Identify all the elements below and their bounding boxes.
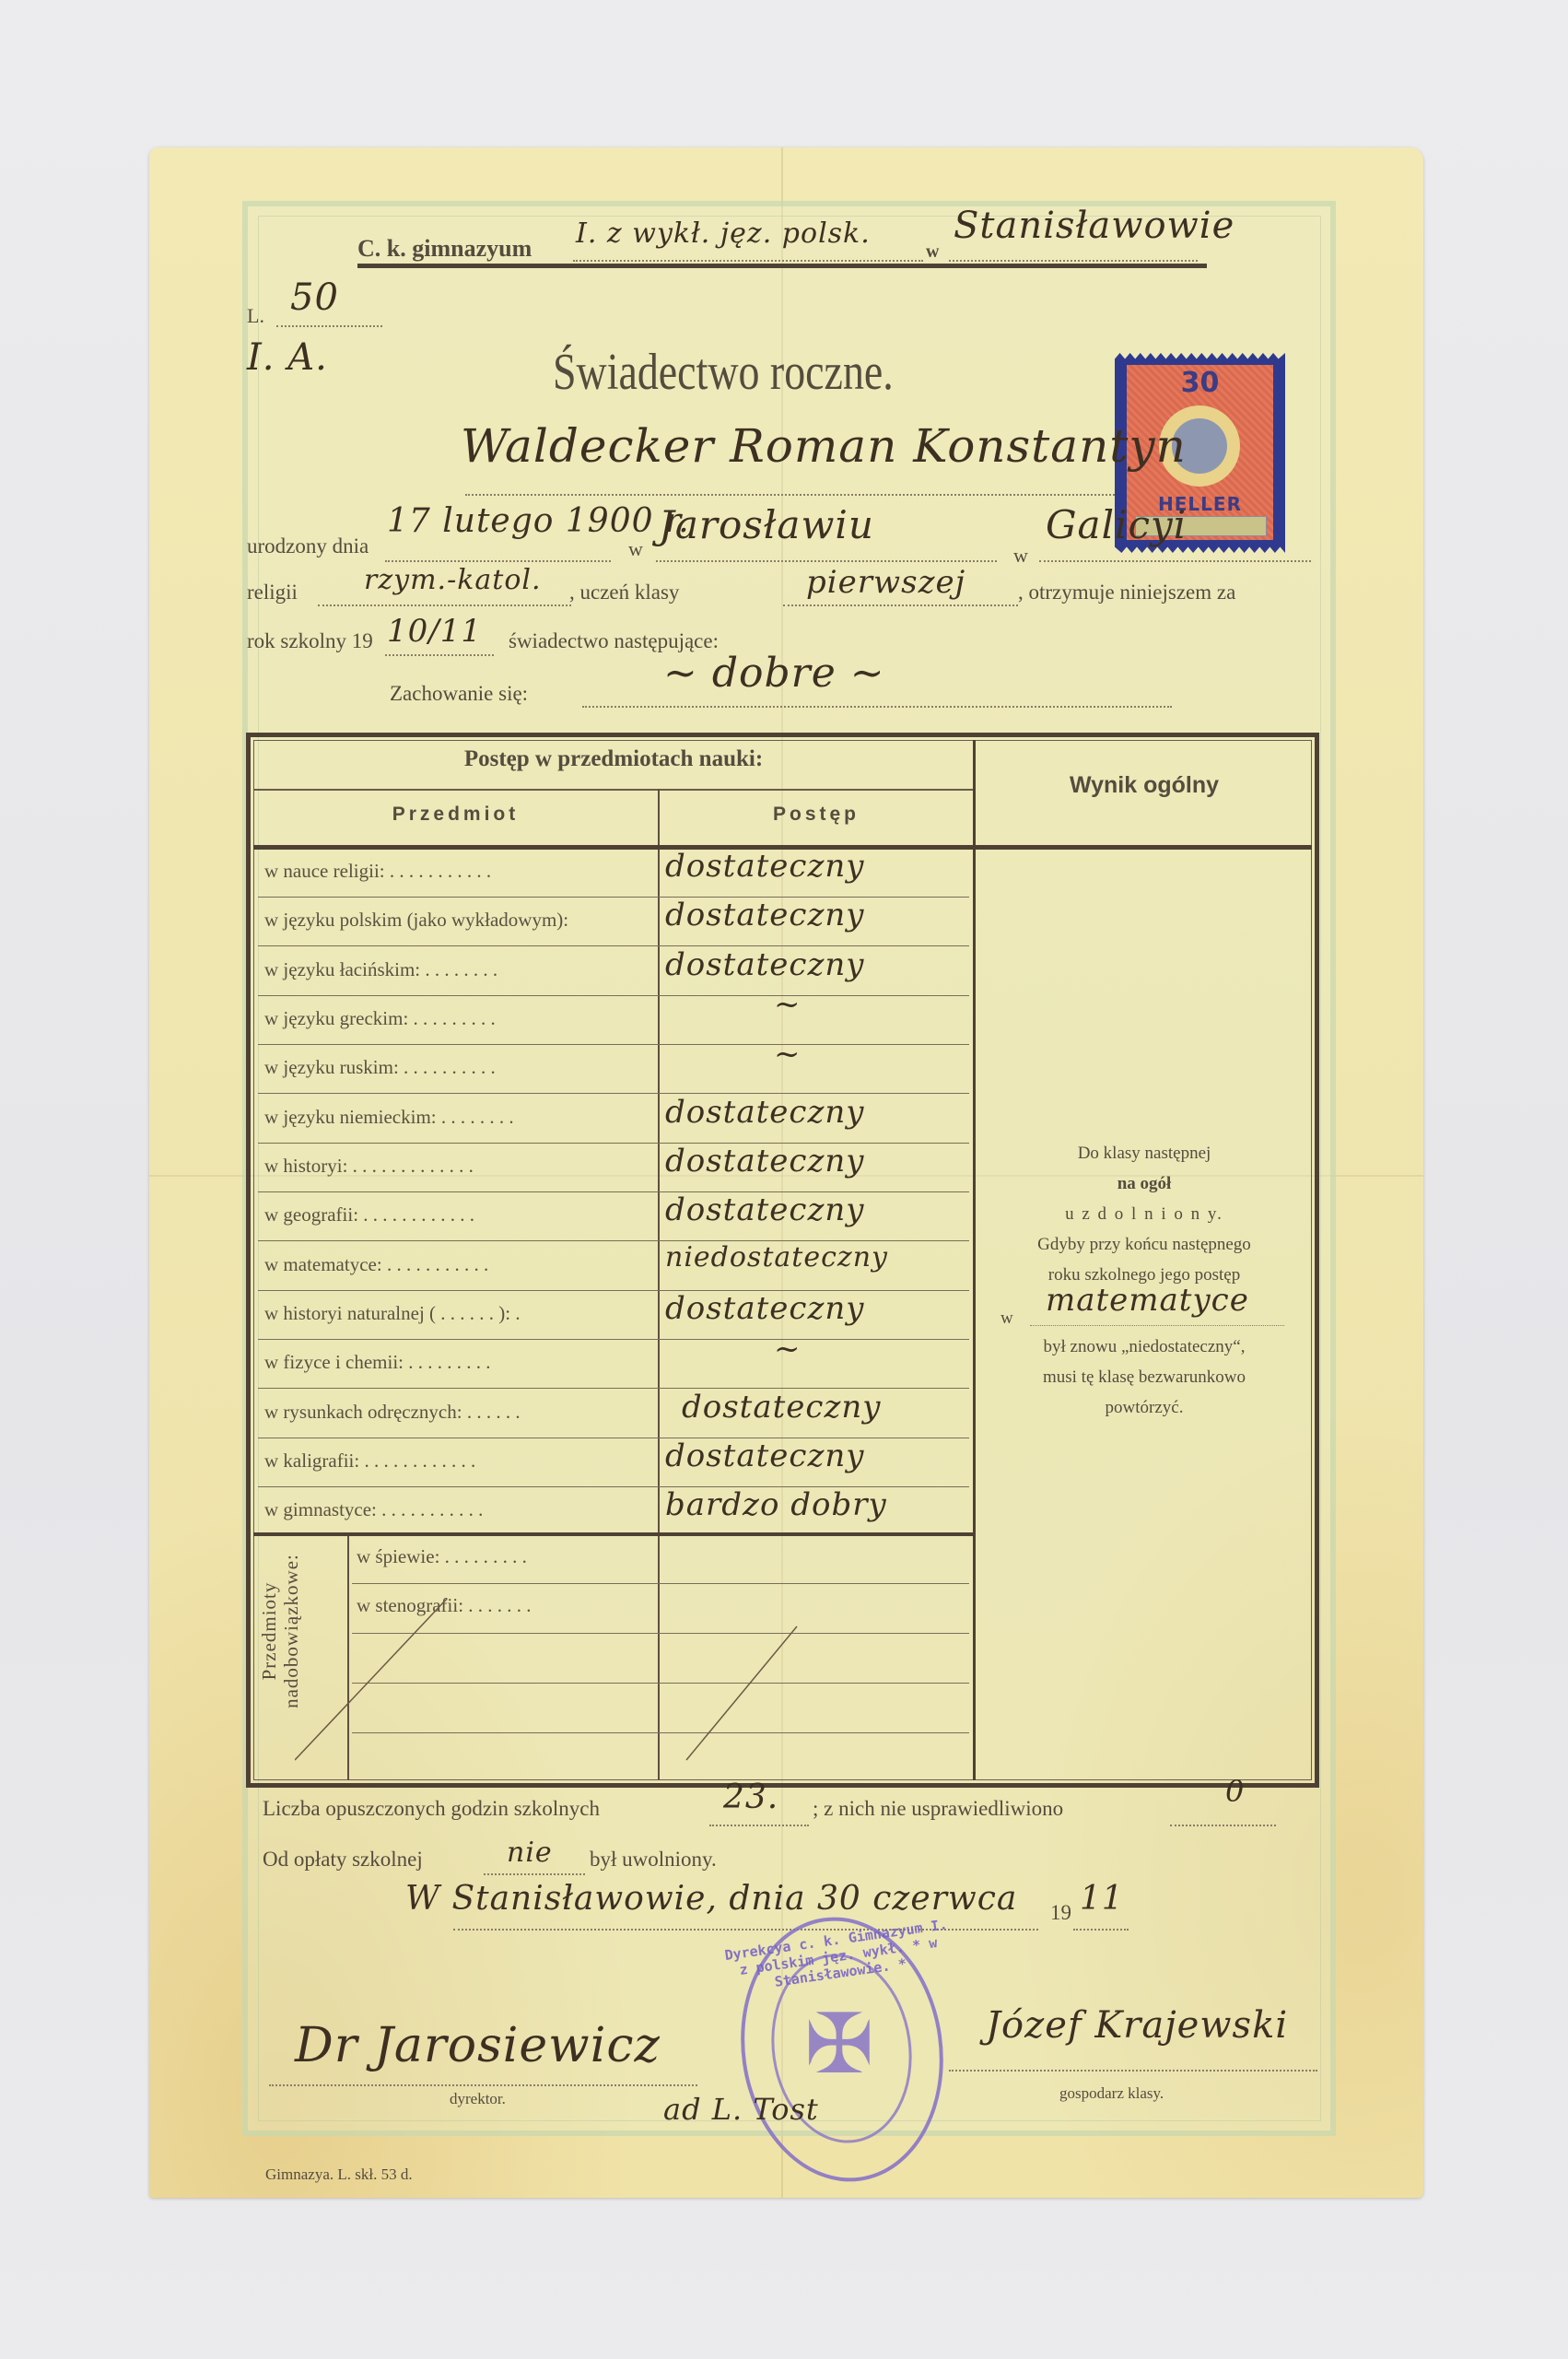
cancel-strike-lines <box>295 1585 977 1769</box>
director-signature: Dr Jarosiewicz <box>295 2018 661 2073</box>
header-underline <box>357 264 1207 268</box>
result-line7: był znowu „niedostateczny“, <box>977 1332 1312 1362</box>
unexcused-line <box>1170 1817 1276 1826</box>
optional-subject-label: w śpiewie: . . . . . . . . . <box>357 1545 527 1568</box>
grade-value: dostateczny <box>682 1389 881 1426</box>
director-signature-line <box>269 2079 697 2086</box>
class-mark: I. A. <box>247 336 328 379</box>
footer-year-line <box>1073 1921 1129 1931</box>
grade-value: dostateczny <box>665 1290 864 1327</box>
grade-value: dostateczny <box>665 946 864 983</box>
subject-label: w rysunkach odręcznych: . . . . . . <box>264 1401 521 1424</box>
class-label: , uczeń klasy <box>569 581 679 604</box>
subject-label: w historyi: . . . . . . . . . . . . . <box>264 1155 474 1178</box>
grade-value: ~ <box>774 1036 802 1073</box>
city-handwritten: Stanisławowie <box>954 205 1235 247</box>
religion-label: religii <box>247 581 298 604</box>
result-line2: na ogół <box>977 1168 1312 1199</box>
city-line <box>949 249 1198 262</box>
subjects-bottom-border <box>253 1532 974 1536</box>
class-value: pierwszej <box>806 564 965 601</box>
absence-line <box>709 1817 809 1826</box>
subject-label: w języku greckim: . . . . . . . . . <box>264 1007 496 1030</box>
l-label: L. <box>247 304 264 328</box>
header-divider <box>253 789 974 791</box>
result-subject-handwritten: matematyce <box>1046 1285 1249 1316</box>
subject-label: w geografii: . . . . . . . . . . . . <box>264 1203 474 1226</box>
born-label: urodzony dnia <box>247 534 369 558</box>
revenue-stamp-value: 30 <box>1127 367 1273 399</box>
absence-label: Liczba opuszczonych godzin szkolnych <box>263 1797 600 1821</box>
unexcused-label: ; z nich nie usprawiedliwiono <box>813 1797 1063 1821</box>
year-value: 10/11 <box>387 613 482 650</box>
student-name: Waldecker Roman Konstantyn <box>461 419 1187 473</box>
l-value: 50 <box>290 276 339 319</box>
subject-label: w języku polskim (jako wykładowym): <box>264 909 568 932</box>
school-name-line <box>573 249 923 262</box>
religion-value: rzym.-katol. <box>364 564 542 596</box>
subject-label: w kaligrafii: . . . . . . . . . . . . <box>264 1449 475 1473</box>
grade-value: dostateczny <box>665 1191 864 1228</box>
born-region-line <box>1039 553 1311 562</box>
result-subject-line <box>1030 1325 1284 1326</box>
result-line3: u z d o l n i o n y. <box>977 1199 1312 1229</box>
double-headed-eagle-icon: ✠ <box>798 1990 881 2101</box>
fee-suffix: był uwolniony. <box>590 1848 717 1872</box>
result-w-label: w <box>1000 1303 1013 1333</box>
col-subject-header: Przedmiot <box>253 804 658 826</box>
result-line1: Do klasy następnej <box>977 1138 1312 1168</box>
conduct-value: ~ dobre ~ <box>663 650 885 697</box>
receives-label: , otrzymuje niniejszem za <box>1018 581 1235 604</box>
absence-value: 23. <box>723 1778 778 1816</box>
conduct-line <box>582 698 1172 708</box>
born-region: Galicyi <box>1046 502 1187 547</box>
grade-value: niedostateczny <box>665 1241 888 1273</box>
school-name-handwritten: I. z wykł. jęz. polsk. <box>576 217 871 250</box>
grade-value: dostateczny <box>665 1143 864 1179</box>
born-date: 17 lutego 1900 r. <box>387 502 690 540</box>
form-number: Gimnazya. L. skł. 53 d. <box>265 2165 413 2184</box>
subject-label: w fizyce i chemii: . . . . . . . . . <box>264 1351 491 1374</box>
col-result-header: Wynik ogólny <box>977 772 1312 799</box>
document-title: Świadectwo roczne. <box>553 343 894 402</box>
director-label: dyrektor. <box>450 2090 506 2108</box>
grade-value: dostateczny <box>665 1438 864 1474</box>
subject-label: w języku ruskim: . . . . . . . . . . <box>264 1056 496 1079</box>
row-divider <box>258 995 969 996</box>
class-teacher-signature-line <box>949 2064 1317 2071</box>
conduct-label: Zachowanie się: <box>390 682 528 706</box>
religion-line <box>318 597 571 606</box>
optional-label-line1: Przedmioty <box>258 1511 280 1751</box>
fee-label: Od opłaty szkolnej <box>263 1848 423 1872</box>
year-label: rok szkolny 19 <box>247 629 373 653</box>
result-line4: Gdyby przy końcu następnego <box>977 1229 1312 1260</box>
born-date-line <box>385 553 611 562</box>
result-line9: powtórzyć. <box>977 1392 1312 1423</box>
l-line <box>276 318 382 327</box>
school-w-label: w <box>926 241 939 263</box>
grade-value: dostateczny <box>665 1094 864 1131</box>
subject-label: w matematyce: . . . . . . . . . . . <box>264 1253 488 1276</box>
grade-value: dostateczny <box>665 848 864 885</box>
name-line <box>465 487 1115 496</box>
grade-value: bardzo dobry <box>665 1486 887 1523</box>
born-place: Jarosławiu <box>659 502 874 547</box>
grade-value: ~ <box>774 986 802 1023</box>
born-place-line <box>656 553 997 562</box>
result-line6: w matematyce <box>977 1290 1312 1332</box>
year-printed: 19 <box>1050 1901 1071 1925</box>
result-text: Do klasy następnej na ogół u z d o l n i… <box>977 1138 1312 1423</box>
result-line8: musi tę klasę bezwarunkowo <box>977 1362 1312 1392</box>
school-header: C. k. gimnazyum <box>357 235 532 263</box>
subject-label: w nauce religii: . . . . . . . . . . . <box>264 860 491 883</box>
school-label: C. k. gimnazyum <box>357 235 532 262</box>
unexcused-value: 0 <box>1225 1774 1245 1809</box>
table-heading: Postęp w przedmiotach nauki: <box>253 746 974 772</box>
subject-label: w języku łacińskim: . . . . . . . . <box>264 958 497 981</box>
born-region-label: w <box>1013 544 1028 568</box>
born-in-label: w <box>628 537 643 561</box>
year-handwritten: 11 <box>1080 1880 1124 1918</box>
subject-label: w języku niemieckim: . . . . . . . . <box>264 1106 514 1129</box>
grade-value: dostateczny <box>665 897 864 933</box>
subject-label: w historyi naturalnej ( . . . . . . ): . <box>264 1302 521 1325</box>
row-divider <box>258 1044 969 1045</box>
fee-value: nie <box>507 1837 553 1869</box>
col-progress-header: Postęp <box>660 804 973 826</box>
row-divider <box>352 1583 969 1584</box>
countersignature: ad L. Tost <box>663 2092 819 2127</box>
class-teacher-signature: Józef Krajewski <box>986 2004 1288 2047</box>
place-date-handwritten: W Stanisławowie, dnia 30 czerwca <box>405 1880 1017 1918</box>
grade-value: ~ <box>774 1331 802 1367</box>
row-divider <box>258 1339 969 1340</box>
class-teacher-label: gospodarz klasy. <box>1059 2084 1164 2103</box>
